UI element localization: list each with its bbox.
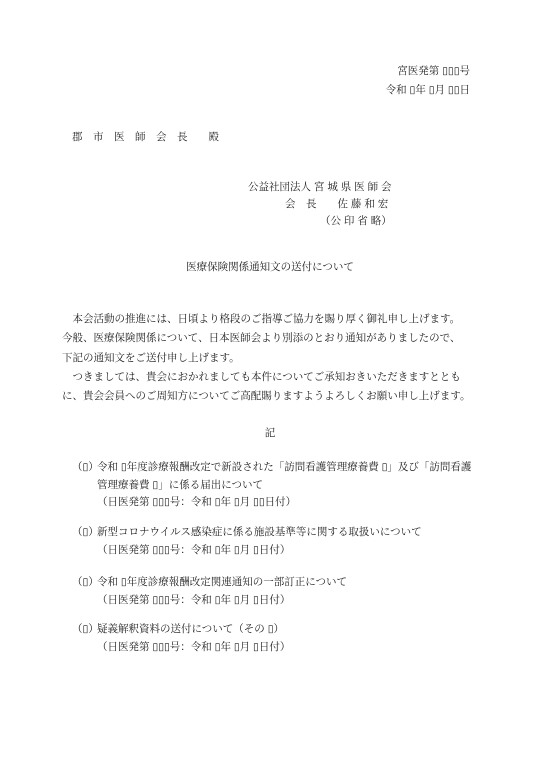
- list-item-content: 新型コロナウイルス感染症に係る施設基準等に関する取扱いについて （日医発第 ▯▯…: [97, 524, 422, 559]
- list-item-reference: （日医発第 ▯▯▯号：令和 ▯年 ▯月 ▯日付）: [97, 542, 422, 560]
- list-item-content: 令和 ▯年度診療報酬改定で新設された「訪問看護管理療養費 ▯」及び「訪問看護 管…: [97, 459, 471, 512]
- sender-organization: 公益社団法人 宮 城 県 医 師 会: [248, 179, 392, 196]
- list-item-number: （▯）: [72, 621, 97, 639]
- list-item: （▯） 疑義解釈資料の送付について（その ▯） （日医発第 ▯▯▯号：令和 ▯年…: [72, 621, 290, 656]
- list-item-number: （▯）: [72, 524, 97, 542]
- document-date: 令和 ▯年 ▯月 ▯▯日: [0, 81, 470, 100]
- list-item-text: 管理療養費 ▯」に係る届出について: [97, 477, 471, 495]
- list-item: （▯） 新型コロナウイルス感染症に係る施設基準等に関する取扱いについて （日医発…: [72, 524, 422, 559]
- body-line: 下記の通知文をご送付申し上げます。: [62, 349, 482, 368]
- recipient-line: 郡 市 医 師 会 長 殿: [72, 128, 219, 147]
- list-item-text: 疑義解釈資料の送付について（その ▯）: [97, 621, 290, 639]
- list-item-reference: （日医発第 ▯▯▯号：令和 ▯年 ▯月 ▯▯日付）: [97, 494, 471, 512]
- document-page: 宮医発第 ▯▯▯号 令和 ▯年 ▯月 ▯▯日 郡 市 医 師 会 長 殿 公益社…: [0, 0, 540, 763]
- document-number: 宮医発第 ▯▯▯号: [0, 62, 470, 81]
- list-item-number: （▯）: [72, 459, 97, 477]
- list-item-text: 令和 ▯年度診療報酬改定関連通知の一部訂正について: [97, 574, 347, 592]
- body-line: 今般、医療保険関係について、日本医師会より別添のとおり通知がありましたので、: [62, 329, 482, 348]
- list-item: （▯） 令和 ▯年度診療報酬改定関連通知の一部訂正について （日医発第 ▯▯▯号…: [72, 574, 347, 609]
- list-item-number: （▯）: [72, 574, 97, 592]
- list-item-content: 令和 ▯年度診療報酬改定関連通知の一部訂正について （日医発第 ▯▯▯号：令和 …: [97, 574, 347, 609]
- sender-seal-note: （公 印 省 略）: [320, 213, 392, 230]
- subject-title: 医療保険関係通知文の送付について: [0, 258, 540, 277]
- list-item-text: 令和 ▯年度診療報酬改定で新設された「訪問看護管理療養費 ▯」及び「訪問看護: [97, 459, 471, 477]
- list-item: （▯） 令和 ▯年度診療報酬改定で新設された「訪問看護管理療養費 ▯」及び「訪問…: [72, 459, 471, 512]
- list-item-reference: （日医発第 ▯▯▯号：令和 ▯年 ▯月 ▯日付）: [97, 592, 347, 610]
- body-line: つきましては、貴会におかれましても本件についてご承知おきいただきますととも: [62, 368, 482, 387]
- list-item-text: 新型コロナウイルス感染症に係る施設基準等に関する取扱いについて: [97, 524, 422, 542]
- body-line: に、貴会会員へのご周知方についてご高配賜りますようよろしくお願い申し上げます。: [62, 387, 482, 406]
- sender-president: 会 長 佐 藤 和 宏: [285, 196, 388, 213]
- body-paragraphs: 本会活動の推進には、日頃より格段のご指導ご協力を賜り厚く御礼申し上げます。 今般…: [62, 310, 482, 406]
- list-item-reference: （日医発第 ▯▯▯号：令和 ▯年 ▯月 ▯日付）: [97, 639, 290, 657]
- body-line: 本会活動の推進には、日頃より格段のご指導ご協力を賜り厚く御礼申し上げます。: [62, 310, 482, 329]
- record-marker: 記: [0, 424, 540, 443]
- list-item-content: 疑義解釈資料の送付について（その ▯） （日医発第 ▯▯▯号：令和 ▯年 ▯月 …: [97, 621, 290, 656]
